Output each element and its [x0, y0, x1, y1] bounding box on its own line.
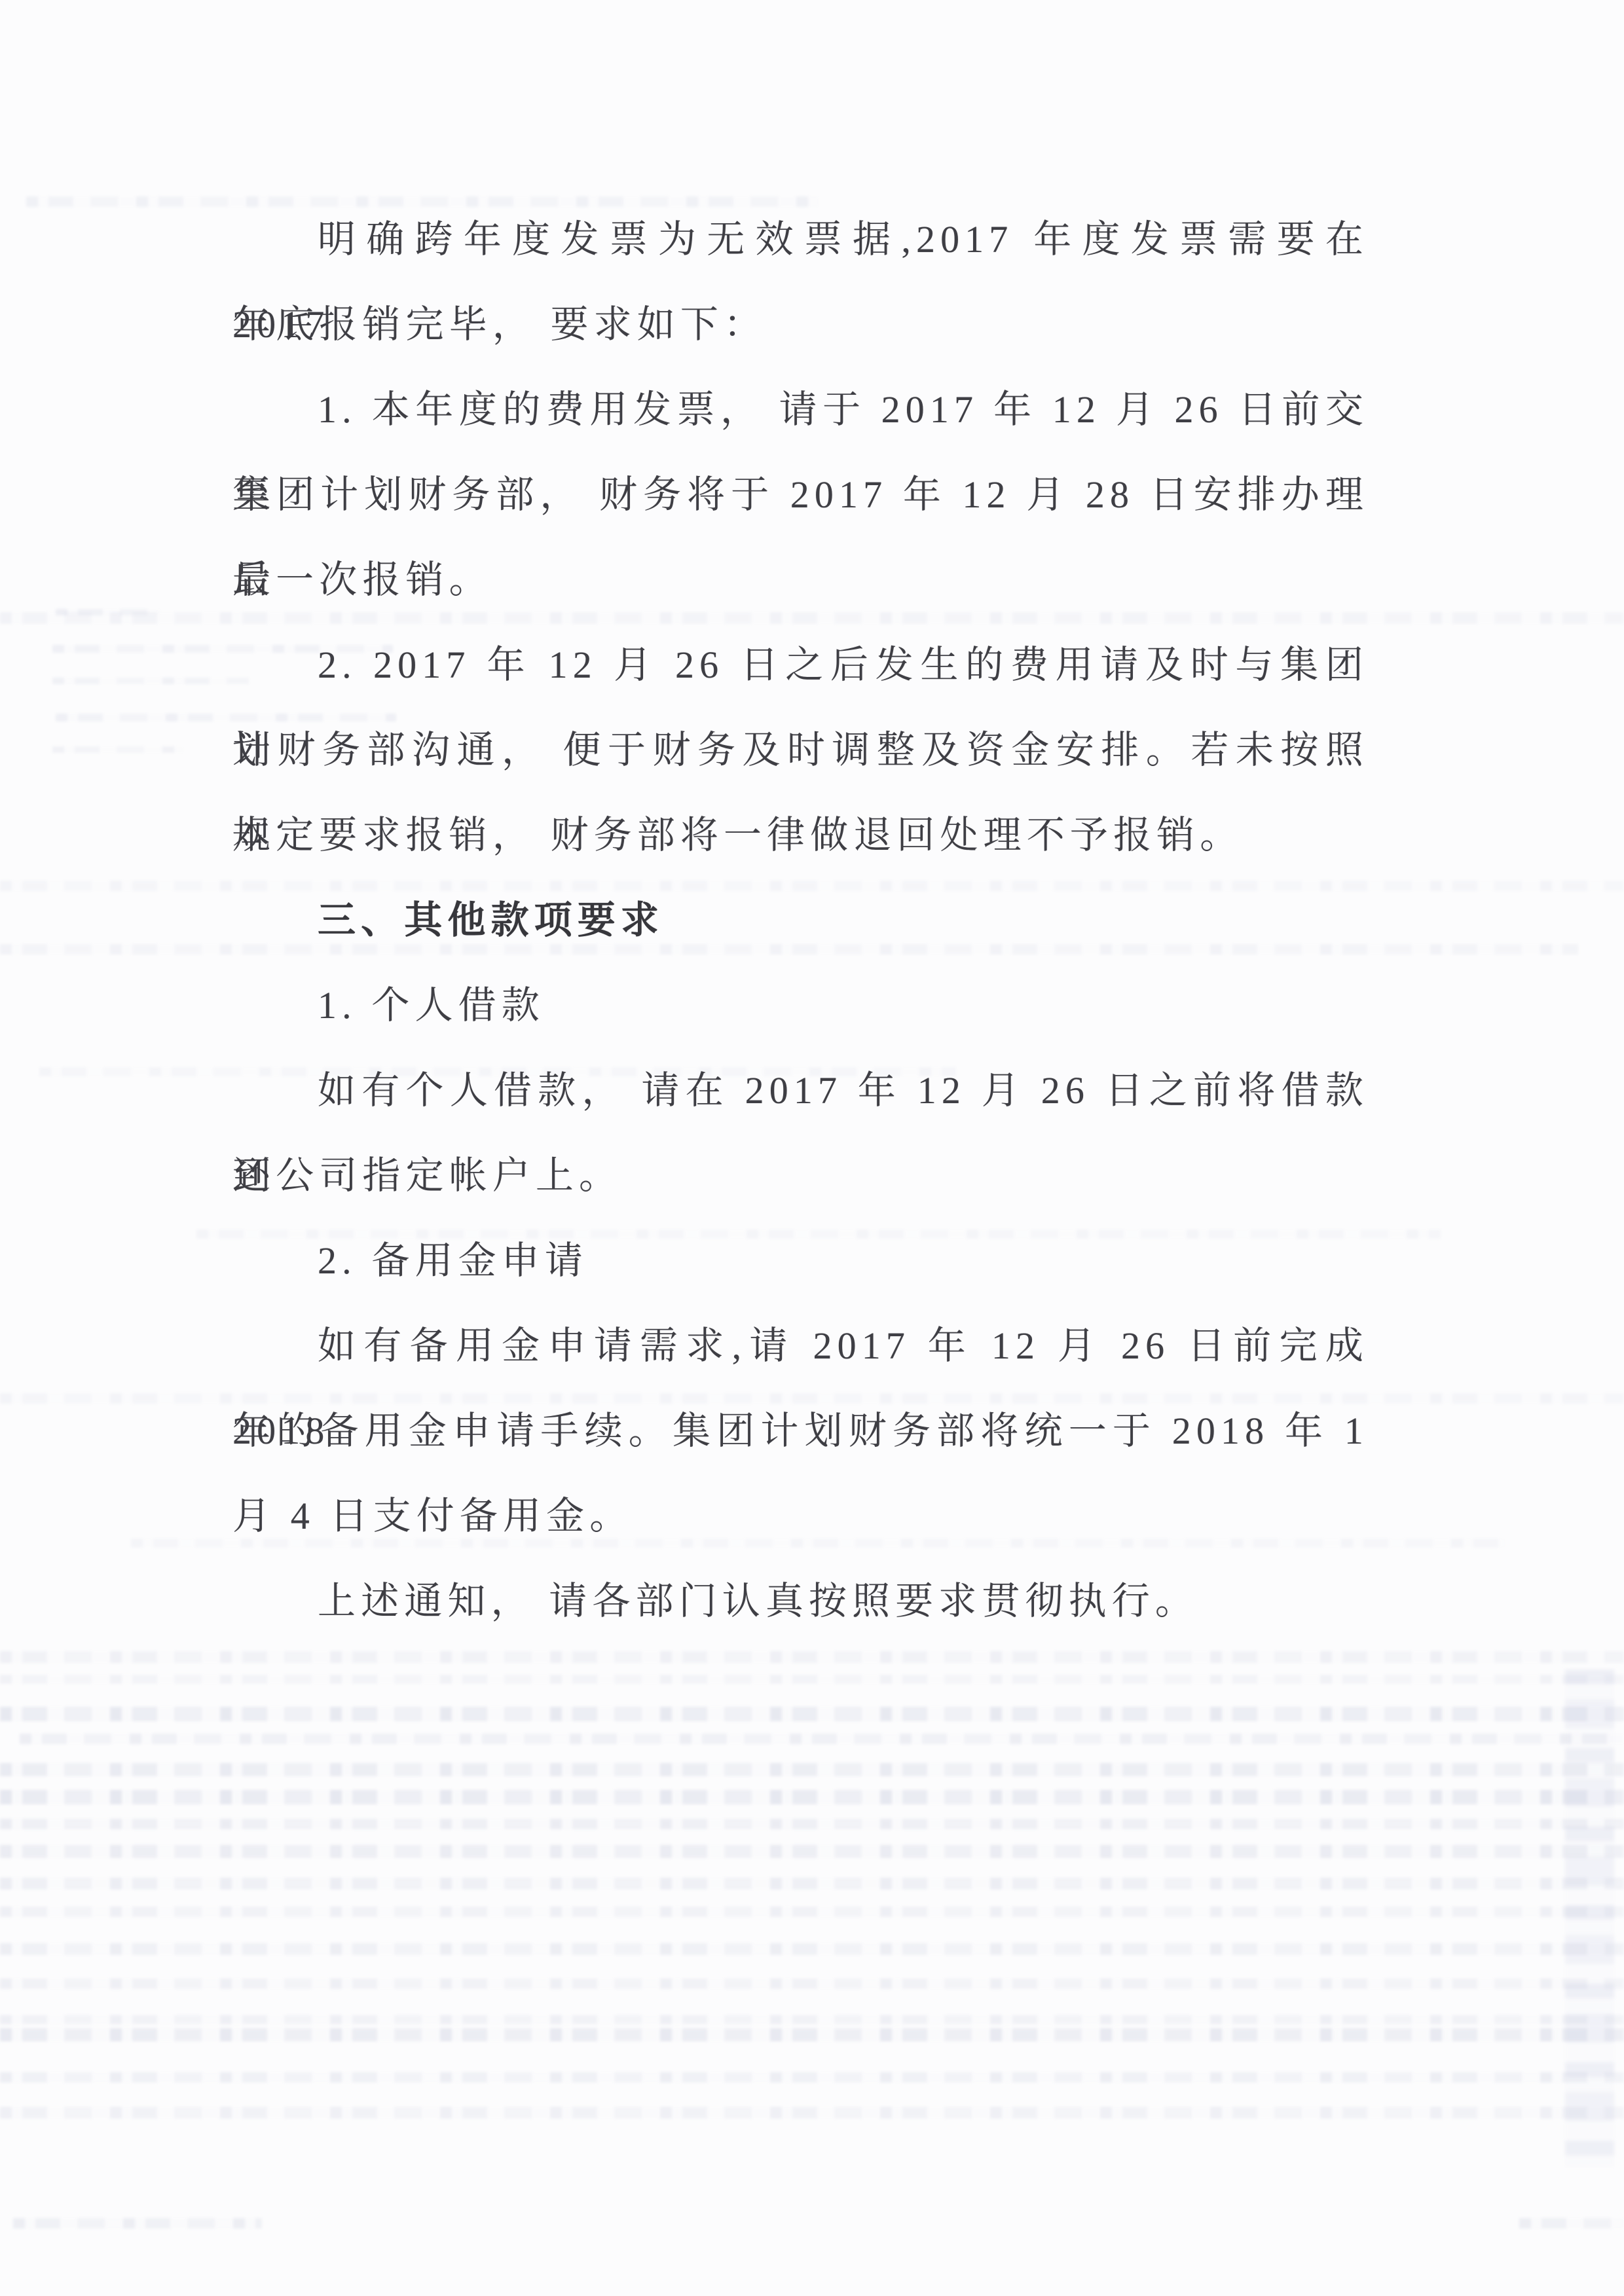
- scan-artifact-band: [0, 1819, 1624, 1829]
- section-heading: 三、其他款项要求: [232, 878, 1369, 963]
- doc-line: 年底报销完毕， 要求如下：: [232, 282, 1369, 367]
- scan-artifact-band: [0, 1707, 1624, 1721]
- doc-line: 月 4 日支付备用金。: [232, 1474, 1369, 1559]
- scan-artifact-band: [20, 1734, 1624, 1744]
- doc-line: 明确跨年度发票为无效票据,2017 年度发票需要在 2017: [232, 197, 1369, 282]
- doc-line: 2. 备用金申请: [232, 1218, 1369, 1303]
- doc-line: 划财务部沟通， 便于财务及时调整及资金安排。若未按照本: [232, 708, 1369, 793]
- doc-line: 到公司指定帐户上。: [232, 1133, 1369, 1218]
- doc-line: 2. 2017 年 12 月 26 日之后发生的费用请及时与集团计: [232, 623, 1369, 708]
- scanned-document-page: 明确跨年度发票为无效票据,2017 年度发票需要在 2017 年底报销完毕， 要…: [0, 0, 1624, 2296]
- doc-line: 集团计划财务部， 财务将于 2017 年 12 月 28 日安排办理最: [232, 452, 1369, 538]
- scan-artifact-vertical-band: [1565, 1669, 1614, 2167]
- scan-artifact-band: [0, 2028, 1624, 2041]
- scan-artifact-band: [52, 678, 249, 684]
- scan-artifact-band: [13, 2218, 262, 2229]
- scan-artifact-band: [0, 1763, 1624, 1776]
- scan-artifact-band: [0, 1978, 1624, 1989]
- doc-line: 后一次报销。: [232, 538, 1369, 623]
- document-body: 明确跨年度发票为无效票据,2017 年度发票需要在 2017 年底报销完毕， 要…: [232, 197, 1369, 1644]
- doc-line: 如有个人借款， 请在 2017 年 12 月 26 日之前将借款还: [232, 1048, 1369, 1133]
- doc-line: 1. 个人借款: [232, 963, 1369, 1048]
- doc-line: 1. 本年度的费用发票， 请于 2017 年 12 月 26 日前交至: [232, 367, 1369, 452]
- scan-artifact-band: [0, 1906, 1624, 1917]
- scan-artifact-band: [0, 2072, 1624, 2083]
- scan-artifact-band: [0, 2107, 1624, 2119]
- doc-line: 规定要求报销， 财务部将一律做退回处理不予报销。: [232, 793, 1369, 878]
- scan-artifact-band: [56, 609, 160, 615]
- scan-artifact-band: [0, 1943, 1624, 1955]
- scan-artifact-band: [0, 2015, 1624, 2024]
- scan-artifact-band: [0, 1878, 1624, 1889]
- doc-line: 上述通知， 请各部门认真按照要求贯彻执行。: [232, 1559, 1369, 1644]
- doc-line: 如有备用金申请需求,请 2017 年 12 月 26 日前完成 2018: [232, 1303, 1369, 1389]
- scan-artifact-band: [0, 1675, 1624, 1684]
- scan-artifact-band: [0, 1790, 1624, 1804]
- scan-artifact-band: [52, 746, 183, 753]
- scan-artifact-band: [1519, 2218, 1624, 2229]
- doc-line: 年的备用金申请手续。集团计划财务部将统一于 2018 年 1: [232, 1389, 1369, 1474]
- scan-artifact-band: [0, 1845, 1624, 1858]
- scan-artifact-band: [0, 1651, 1624, 1663]
